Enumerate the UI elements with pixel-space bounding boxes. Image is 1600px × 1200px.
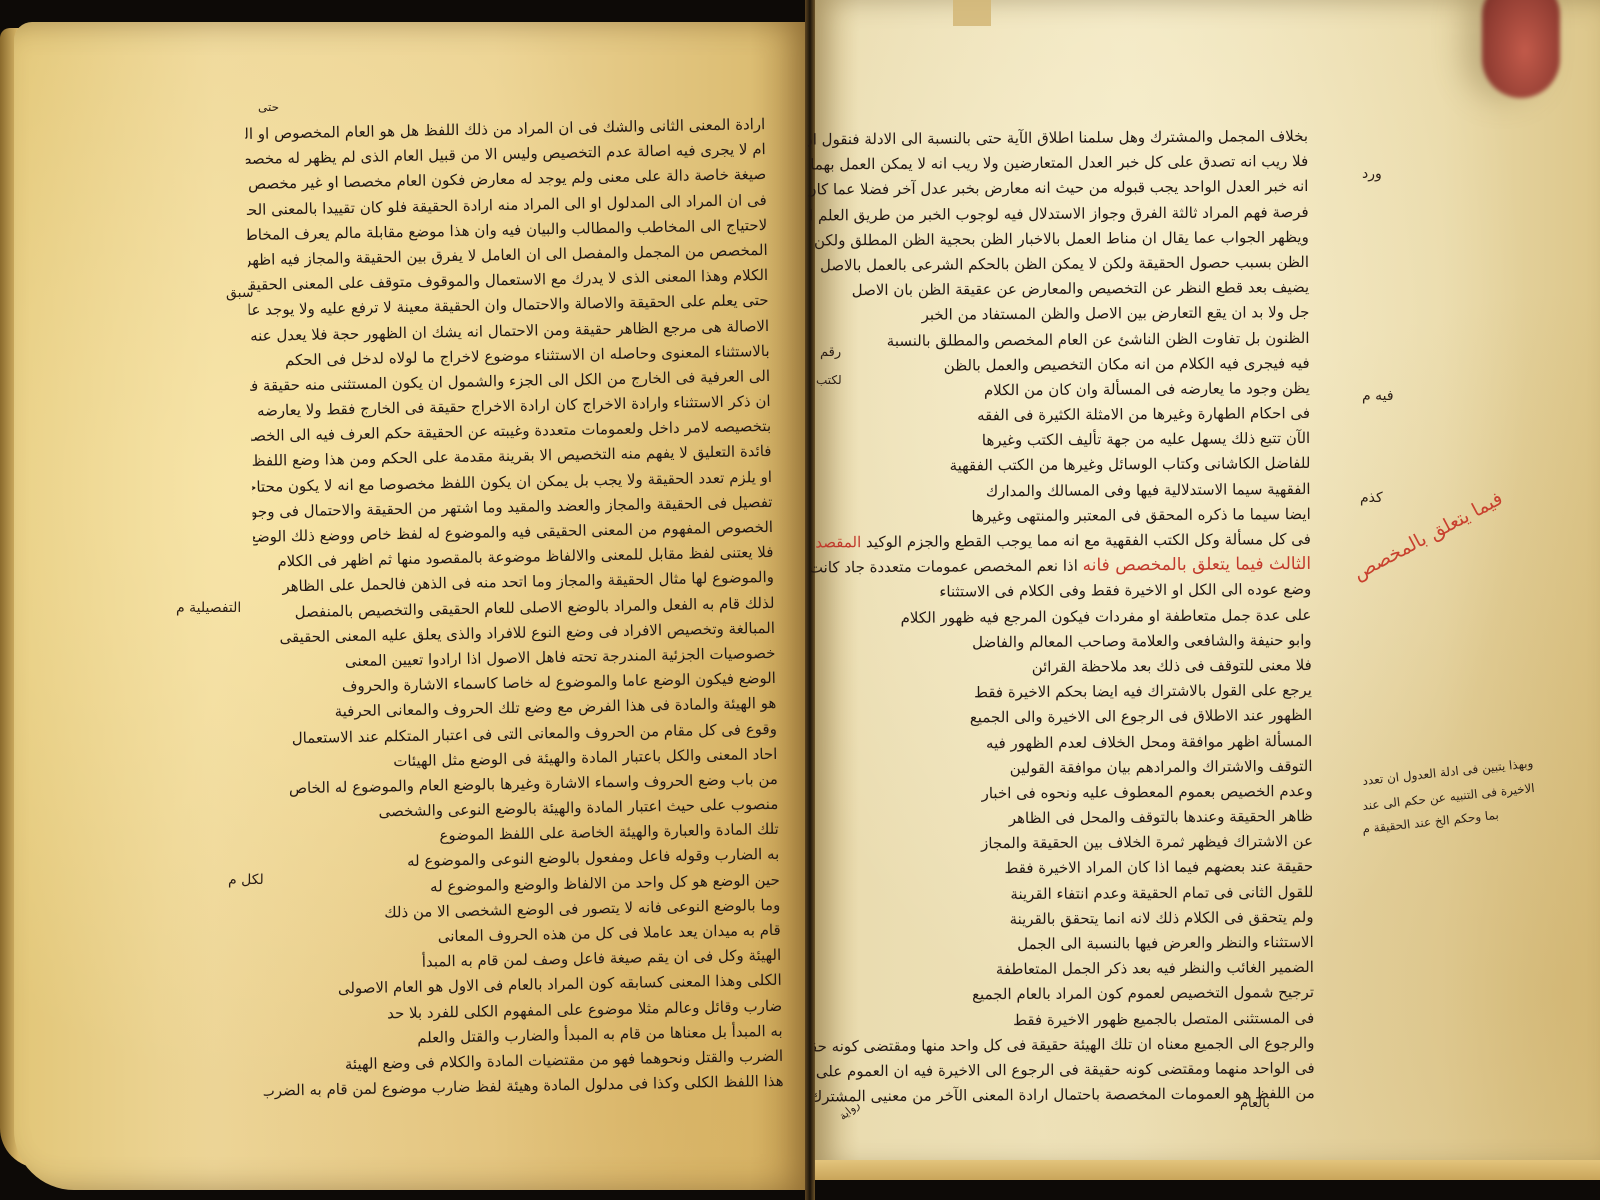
catchword: بالعام <box>1240 1096 1270 1111</box>
margin-note: كذم <box>1360 490 1383 506</box>
text-line: الظن بسبب حصول الحقيقة ولكن لا يمكن الظن… <box>809 250 1309 279</box>
text-line: انه خبر العدل الواحد يجب قبوله من حيث ان… <box>808 174 1308 203</box>
text-line: الثالث فيما يتعلق بالمخصص فانه اذا نعم ا… <box>811 552 1311 581</box>
page-bottom-edge <box>812 1160 1600 1180</box>
text-line: الفقهية سيما الاستدلالية فيها وفى المسال… <box>810 477 1310 506</box>
text-line: للقول الثانى فى تمام الحقيقة وعدم انتفاء… <box>813 880 1313 909</box>
text-line: والرجوع الى الجميع معناه ان تلك الهيئة ح… <box>814 1031 1314 1060</box>
margin-note: حتى <box>258 100 279 114</box>
fingertip <box>1482 0 1560 98</box>
text-line: بخلاف المجمل والمشترك وهل سلمنا اطلاق ال… <box>808 124 1308 153</box>
text-line: عن الاشتراك فيظهر ثمرة الخلاف بين الحقيق… <box>813 829 1313 858</box>
text-line: فرصة فهم المراد ثالثة الفرق وجواز الاستد… <box>809 200 1309 229</box>
text-line: فلا ريب انه تصدق على كل خبر العدل المتعا… <box>808 149 1308 178</box>
text-line: يضيف بعد قطع النظر عن التخصيص والمعارض ع… <box>809 275 1309 304</box>
text-line: يظن وجود ما يعارضه فى المسألة وان كان من… <box>810 376 1310 405</box>
text-line: يرجع على القول بالاشتراك فيه ايضا بحكم ا… <box>812 678 1312 707</box>
text-line: حقيقة عند بعضهم فيما اذا كان المراد الاخ… <box>813 854 1313 883</box>
text-line: الظهور عند الاطلاق فى الرجوع الى الاخيرة… <box>812 703 1312 732</box>
text-line: فيه فيجرى فيه الكلام من انه مكان التخصيص… <box>810 351 1310 380</box>
text-line: ويظهر الجواب عما يقال ان مناط العمل بالا… <box>809 225 1309 254</box>
text-line: فى احكام الطهارة وغيرها من الامثلة الكثي… <box>810 401 1310 430</box>
text-line: فلا معنى للتوقف فى ذلك بعد ملاحظة القرائ… <box>812 653 1312 682</box>
text-line: الضمير الغائب والنظر فيه بعد ذكر الجمل ا… <box>814 955 1314 984</box>
text-line: ايضا سيما ما ذكره المحقق فى المعتبر والم… <box>811 502 1311 531</box>
rubric-label: المقصد <box>815 533 861 551</box>
text-line-content: اذا نعم المخصص عمومات متعددة جاد كانت او… <box>811 557 1078 578</box>
margin-note: التفصيلية م <box>176 600 241 616</box>
text-line: ترجيح شمول التخصيص لعموم كون المراد بالع… <box>814 980 1314 1009</box>
text-line: وابو حنيفة والشافعى والعلامة وصاحب المعا… <box>812 628 1312 657</box>
text-line: جل ولا بد ان يقع التعارض بين الاصل والظن… <box>809 300 1309 329</box>
margin-note: فيه م <box>1362 388 1394 404</box>
margin-note: سبق <box>226 285 254 301</box>
margin-note: رقم <box>820 345 841 360</box>
text-line: المسألة اظهر موافقة ومحل الخلاف لعدم الظ… <box>812 728 1312 757</box>
margin-note: ورد <box>1362 166 1382 182</box>
text-line: الظنون بل تفاوت الظن الناشئ عن العام الم… <box>809 325 1309 354</box>
left-page-text-block: ارادة المعنى الثانى والشك فى ان المراد م… <box>245 112 784 1104</box>
text-line: وعدم الخصيص بعموم المعطوف عليه ونحوه فى … <box>813 779 1313 808</box>
text-line: الاستثناء والنظر والعرض فيها بالنسبة الى… <box>814 930 1314 959</box>
text-line: فى المستثنى المتصل بالجميع ظهور الاخيرة … <box>814 1006 1314 1035</box>
text-line-content: فى كل مسألة وكل الكتب الفقهية مع انه مما… <box>866 530 1311 551</box>
text-line: فى كل مسألة وكل الكتب الفقهية مع انه مما… <box>811 527 1311 556</box>
right-page-text-block: بخلاف المجمل والمشترك وهل سلمنا اطلاق ال… <box>808 124 1315 1110</box>
text-line: ولم يتحقق فى الكلام ذلك لانه انما يتحقق … <box>813 905 1313 934</box>
text-line: فى الواحد منهما ومقتضى كونه حقيقة فى الر… <box>815 1056 1315 1085</box>
text-line: وضع عوده الى الكل او الاخيرة فقط وفى الك… <box>811 577 1311 606</box>
text-line: الآن تتبع ذلك يسهل عليه من جهة تأليف الك… <box>810 426 1310 455</box>
text-line: للفاضل الكاشانى وكتاب الوسائل وغيرها من … <box>810 451 1310 480</box>
text-line: التوقف والاشتراك والمرادهم بيان موافقة ا… <box>812 754 1312 783</box>
manuscript-photo: ارادة المعنى الثانى والشك فى ان المراد م… <box>0 0 1600 1200</box>
tape-strip <box>953 0 991 26</box>
margin-note: لكل م <box>228 872 264 888</box>
text-line: ظاهر الحقيقة وعندها بالتوقف والمحل فى ال… <box>813 804 1313 833</box>
text-line: على عدة جمل متعاطفة او مفردات فيكون المر… <box>811 603 1311 632</box>
margin-note: لكتب <box>816 373 842 387</box>
rubric-heading: الثالث فيما يتعلق بالمخصص فانه <box>1083 554 1312 576</box>
